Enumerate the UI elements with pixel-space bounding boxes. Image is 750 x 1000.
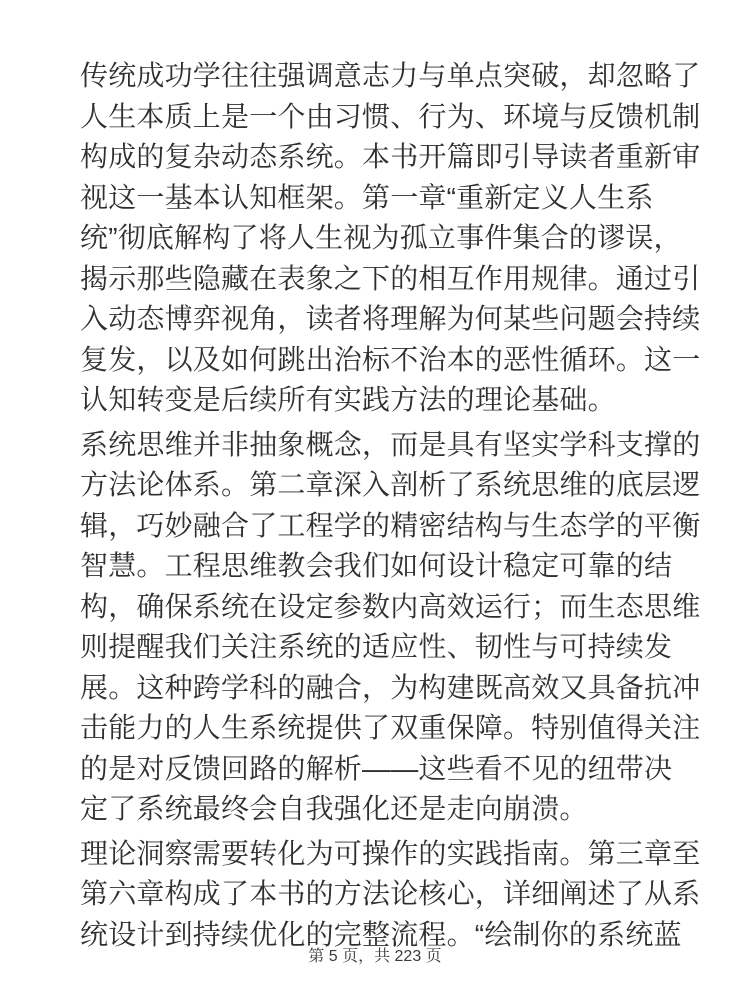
text-line: 方法论体系。第二章深入剖析了系统思维的底层逻 (80, 465, 708, 506)
text-line: 传统成功学往往强调意志力与单点突破，却忽略了 (80, 56, 708, 97)
text-line: 系统思维并非抽象概念，而是具有坚实学科支撑的 (80, 425, 708, 466)
document-page: 传统成功学往往强调意志力与单点突破，却忽略了人生本质上是一个由习惯、行为、环境与… (0, 0, 750, 1000)
text-line: 构，确保系统在设定参数内高效运行；而生态思维 (80, 587, 708, 628)
paragraph: 理论洞察需要转化为可操作的实践指南。第三章至第六章构成了本书的方法论核心，详细阐… (80, 834, 708, 956)
text-line: 第六章构成了本书的方法论核心，详细阐述了从系 (80, 874, 708, 915)
text-line: 展。这种跨学科的融合，为构建既高效又具备抗冲 (80, 668, 708, 709)
text-line: 构成的复杂动态系统。本书开篇即引导读者重新审 (80, 137, 708, 178)
text-line: 人生本质上是一个由习惯、行为、环境与反馈机制 (80, 97, 708, 138)
text-line: 视这一基本认知框架。第一章“重新定义人生系 (80, 178, 708, 219)
text-line: 智慧。工程思维教会我们如何设计稳定可靠的结 (80, 546, 708, 587)
text-line: 统”彻底解构了将人生视为孤立事件集合的谬误， (80, 218, 708, 259)
text-line: 击能力的人生系统提供了双重保障。特别值得关注 (80, 708, 708, 749)
text-line: 复发，以及如何跳出治标不治本的恶性循环。这一 (80, 340, 708, 381)
text-line: 揭示那些隐藏在表象之下的相互作用规律。通过引 (80, 259, 708, 300)
text-line: 的是对反馈回路的解析——这些看不见的纽带决 (80, 749, 708, 790)
page-content: 传统成功学往往强调意志力与单点突破，却忽略了人生本质上是一个由习惯、行为、环境与… (80, 56, 708, 959)
text-line: 入动态博弈视角，读者将理解为何某些问题会持续 (80, 299, 708, 340)
text-line: 定了系统最终会自我强化还是走向崩溃。 (80, 789, 708, 830)
paragraph: 传统成功学往往强调意志力与单点突破，却忽略了人生本质上是一个由习惯、行为、环境与… (80, 56, 708, 421)
text-line: 则提醒我们关注系统的适应性、韧性与可持续发 (80, 627, 708, 668)
page-number-indicator: 第 5 页，共 223 页 (0, 946, 750, 968)
text-line: 理论洞察需要转化为可操作的实践指南。第三章至 (80, 834, 708, 875)
text-line: 辑，巧妙融合了工程学的精密结构与生态学的平衡 (80, 506, 708, 547)
text-line: 认知转变是后续所有实践方法的理论基础。 (80, 380, 708, 421)
paragraph: 系统思维并非抽象概念，而是具有坚实学科支撑的方法论体系。第二章深入剖析了系统思维… (80, 425, 708, 830)
